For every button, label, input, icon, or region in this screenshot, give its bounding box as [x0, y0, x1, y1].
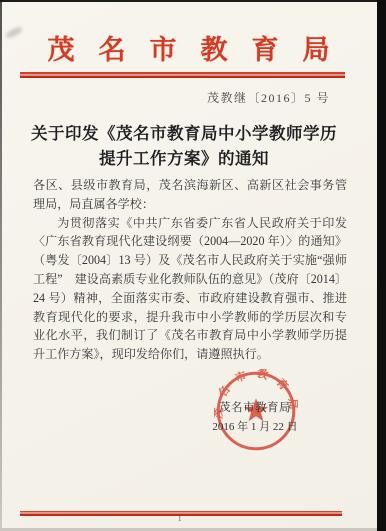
- notice-title-line2: 提升工作方案》的通知: [99, 149, 269, 168]
- scan-edge-left: [0, 0, 2, 531]
- page-number: 1: [178, 515, 182, 523]
- notice-title: 关于印发《茂名市教育局中小学教师学历 提升工作方案》的通知: [18, 121, 350, 171]
- scan-edge-right: [377, 0, 386, 531]
- scan-edge-top: [0, 0, 386, 2]
- signature-date: 2016 年 1 月 22 日: [206, 418, 304, 434]
- document-number: 茂教继〔2016〕5 号: [207, 89, 330, 106]
- body-paragraph: 为贯彻落实《中共广东省委广东省人民政府关于印发〈广东省教育现代化建设纲要（200…: [33, 214, 347, 364]
- document-page: 茂名市教育局 茂教继〔2016〕5 号 关于印发《茂名市教育局中小学教师学历 提…: [0, 0, 386, 531]
- signature-agency: 茂名市教育局: [210, 399, 300, 415]
- header-red-divider: [20, 72, 345, 78]
- agency-letterhead: 茂名市教育局: [0, 28, 377, 67]
- addressee-line: 各区、县级市教育局，茂名滨海新区、高新区社会事务管理局，局直属各学校：: [33, 176, 347, 214]
- notice-title-line1: 关于印发《茂名市教育局中小学教师学历: [31, 124, 337, 143]
- notice-body: 各区、县级市教育局，茂名滨海新区、高新区社会事务管理局，局直属各学校： 为贯彻落…: [33, 176, 347, 364]
